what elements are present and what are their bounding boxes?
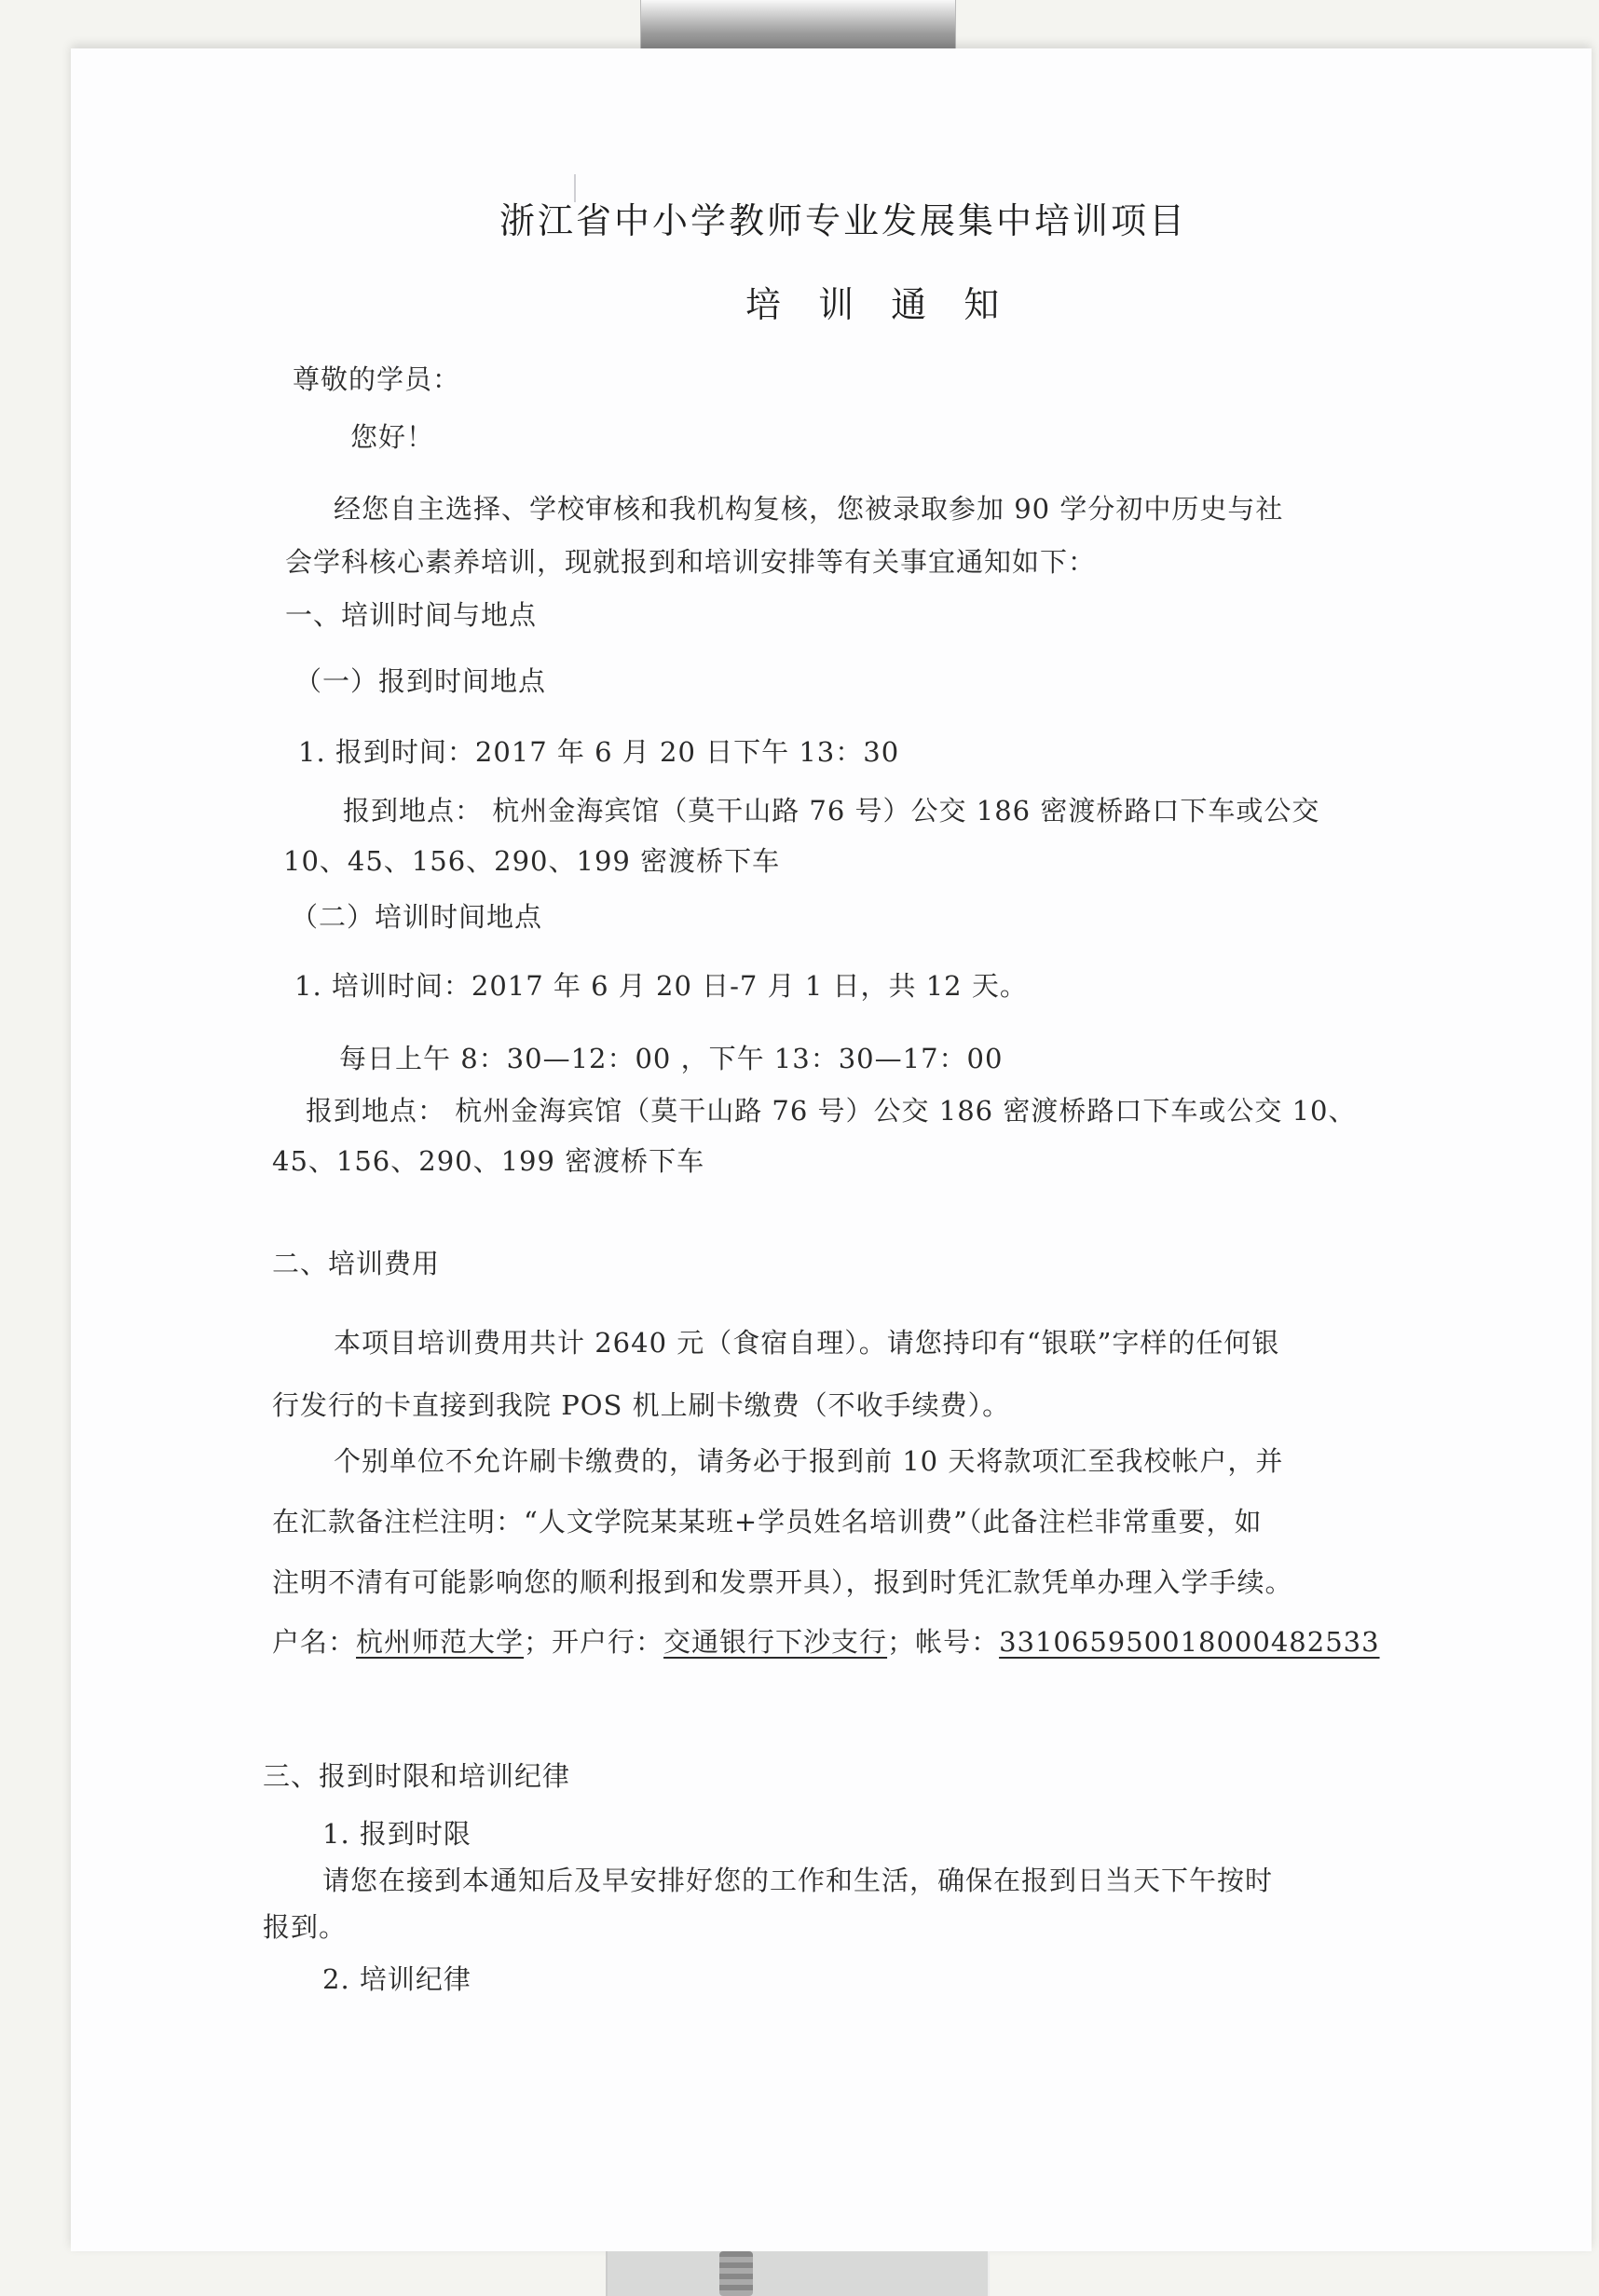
bank-value: 交通银行下沙支行 [663, 1626, 887, 1658]
fee-para1-line-2: 行发行的卡直接到我院 POS 机上刷卡缴费（不收手续费）。 [272, 1388, 1010, 1422]
document-title: 浙江省中小学教师专业发展集中培训项目 [499, 204, 1187, 238]
account-name-label: 户名： [272, 1626, 356, 1658]
account-number-label: ；帐号： [887, 1626, 999, 1658]
bank-account-line: 户名：杭州师范大学；开户行：交通银行下沙支行；帐号：33106595001800… [272, 1625, 1380, 1659]
section1-sub2-heading: （二）培训时间地点 [291, 900, 542, 934]
salutation: 尊敬的学员： [293, 362, 460, 396]
section1-sub1-heading: （一）报到时间地点 [294, 664, 546, 698]
account-number-value: 331065950018000482533 [999, 1626, 1379, 1658]
training-time: 1. 培训时间：2017 年 6 月 20 日-7 月 1 日，共 12 天。 [294, 969, 1028, 1003]
bank-label: ；开户行： [524, 1626, 663, 1658]
fee-para1-line-1: 本项目培训费用共计 2640 元（食宿自理）。请您持印有“银联”字样的任何银 [334, 1326, 1279, 1360]
section3-item1-line-1: 请您在接到本通知后及早安排好您的工作和生活，确保在报到日当天下午按时 [322, 1864, 1273, 1897]
section3-heading: 三、报到时限和培训纪律 [263, 1759, 570, 1793]
training-daily-schedule: 每日上午 8：30—12：00 ，下午 13：30—17：00 [339, 1042, 1003, 1075]
checkin-time: 1. 报到时间：2017 年 6 月 20 日下午 13：30 [298, 735, 899, 769]
intro-line-1: 经您自主选择、学校审核和我机构复核，您被录取参加 90 学分初中历史与社 [334, 492, 1283, 526]
training-location-line-2: 45、156、290、199 密渡桥下车 [272, 1144, 704, 1178]
section3-item2-heading: 2. 培训纪律 [322, 1962, 471, 1996]
scanner-clip-top [640, 0, 956, 48]
document-subtitle: 培 训 通 知 [745, 288, 1012, 321]
section2-heading: 二、培训费用 [272, 1247, 440, 1280]
film-strip-icon [719, 2251, 753, 2296]
scan-artifact [574, 174, 576, 202]
training-location-line-1: 报到地点： 杭州金海宾馆（莫干山路 76 号）公交 186 密渡桥路口下车或公交… [306, 1094, 1356, 1127]
section3-item1-heading: 1. 报到时限 [322, 1817, 471, 1851]
account-name-value: 杭州师范大学 [356, 1626, 524, 1658]
checkin-location-line-1: 报到地点： 杭州金海宾馆（莫干山路 76 号）公交 186 密渡桥路口下车或公交 [343, 794, 1319, 827]
checkin-location-line-2: 10、45、156、290、199 密渡桥下车 [283, 844, 780, 878]
fee-para2-line-3: 注明不清有可能影响您的顺利报到和发票开具），报到时凭汇款凭单办理入学手续。 [272, 1565, 1293, 1599]
fee-para2-line-2: 在汇款备注栏注明：“人文学院某某班+学员姓名培训费”（此备注栏非常重要，如 [272, 1505, 1262, 1538]
section3-item1-line-2: 报到。 [263, 1910, 347, 1944]
section1-heading: 一、培训时间与地点 [285, 598, 537, 632]
greeting: 您好！ [350, 420, 434, 454]
fee-para2-line-1: 个别单位不允许刷卡缴费的，请务必于报到前 10 天将款项汇至我校帐户，并 [334, 1444, 1283, 1478]
intro-line-2: 会学科核心素养培训，现就报到和培训安排等有关事宜通知如下： [285, 545, 1096, 579]
scanner-clip-bottom [606, 2251, 990, 2296]
